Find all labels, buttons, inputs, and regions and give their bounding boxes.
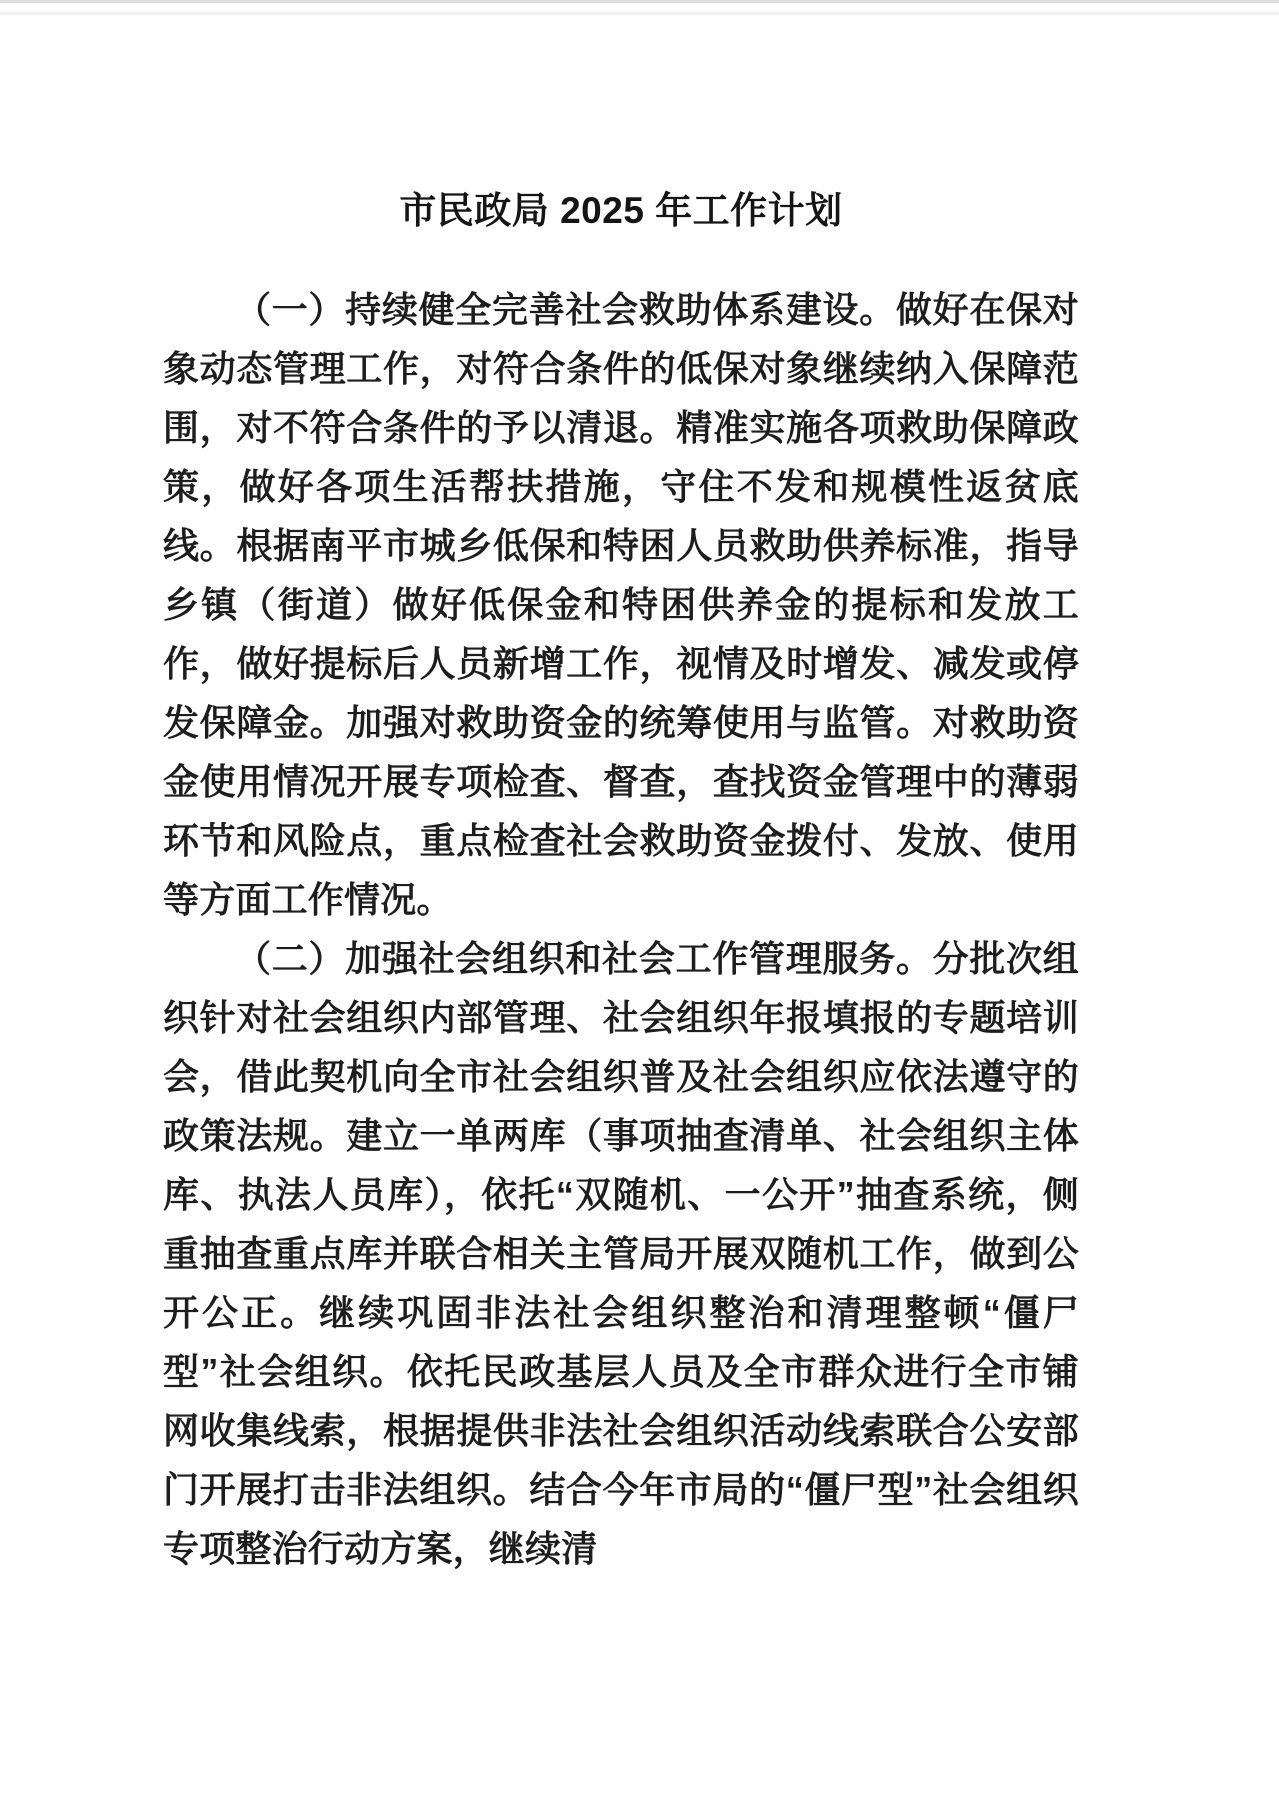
document-page: 市民政局 2025 年工作计划 （一）持续健全完善社会救助体系建设。做好在保对象… bbox=[0, 0, 1279, 1805]
paragraph-section-2: （二）加强社会组织和社会工作管理服务。分批次组织针对社会组织内部管理、社会组织年… bbox=[163, 929, 1079, 1578]
document-body: 市民政局 2025 年工作计划 （一）持续健全完善社会救助体系建设。做好在保对象… bbox=[163, 0, 1079, 1578]
document-title: 市民政局 2025 年工作计划 bbox=[163, 0, 1079, 280]
paragraph-section-1: （一）持续健全完善社会救助体系建设。做好在保对象动态管理工作，对符合条件的低保对… bbox=[163, 280, 1079, 929]
